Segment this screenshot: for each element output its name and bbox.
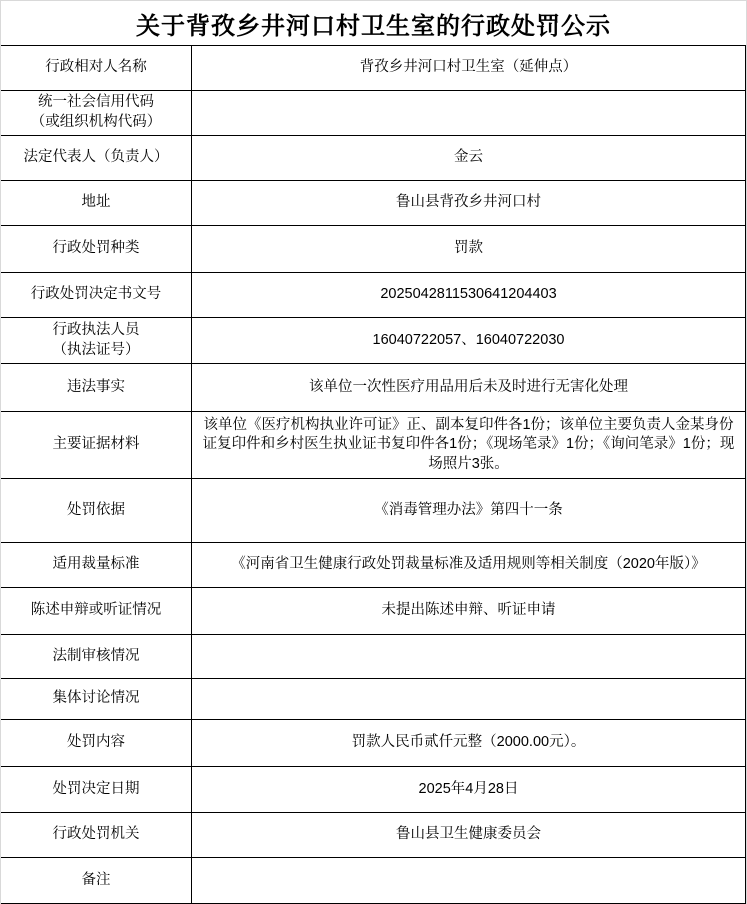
table-row: 行政处罚种类罚款 <box>1 226 746 273</box>
page-title: 关于背孜乡井河口村卫生室的行政处罚公示 <box>1 1 746 45</box>
row-label: 违法事实 <box>1 364 192 412</box>
table-row: 处罚决定日期2025年4月28日 <box>1 767 746 813</box>
table-row: 行政相对人名称背孜乡井河口村卫生室（延伸点） <box>1 46 746 91</box>
table-row: 处罚内容罚款人民币贰仟元整（2000.00元）。 <box>1 720 746 767</box>
row-value: 罚款人民币贰仟元整（2000.00元）。 <box>192 720 746 767</box>
table-row: 统一社会信用代码 （或组织机构代码） <box>1 91 746 136</box>
table-row: 地址鲁山县背孜乡井河口村 <box>1 181 746 226</box>
row-value <box>192 91 746 136</box>
table-row: 行政执法人员 （执法证号）16040722057、16040722030 <box>1 318 746 364</box>
row-value: 未提出陈述申辩、听证申请 <box>192 588 746 635</box>
row-label: 集体讨论情况 <box>1 679 192 720</box>
row-value: 2025042811530641204403 <box>192 273 746 318</box>
row-value: 16040722057、16040722030 <box>192 318 746 364</box>
row-value <box>192 635 746 679</box>
table-row: 适用裁量标准《河南省卫生健康行政处罚裁量标准及适用规则等相关制度（2020年版）… <box>1 543 746 588</box>
row-value: 鲁山县卫生健康委员会 <box>192 813 746 858</box>
penalty-notice-page: 关于背孜乡井河口村卫生室的行政处罚公示 行政相对人名称背孜乡井河口村卫生室（延伸… <box>0 0 747 904</box>
row-label: 行政处罚种类 <box>1 226 192 273</box>
row-value <box>192 679 746 720</box>
table-row: 主要证据材料该单位《医疗机构执业许可证》正、副本复印件各1份；该单位主要负责人金… <box>1 412 746 479</box>
row-value: 该单位一次性医疗用品用后未及时进行无害化处理 <box>192 364 746 412</box>
table-row: 备注 <box>1 858 746 904</box>
table-row: 陈述申辩或听证情况未提出陈述申辩、听证申请 <box>1 588 746 635</box>
table-row: 行政处罚决定书文号2025042811530641204403 <box>1 273 746 318</box>
row-value: 该单位《医疗机构执业许可证》正、副本复印件各1份；该单位主要负责人金某身份证复印… <box>192 412 746 479</box>
row-value: 《河南省卫生健康行政处罚裁量标准及适用规则等相关制度（2020年版）》 <box>192 543 746 588</box>
row-value: 背孜乡井河口村卫生室（延伸点） <box>192 46 746 91</box>
row-label: 备注 <box>1 858 192 904</box>
row-label: 地址 <box>1 181 192 226</box>
row-value: 金云 <box>192 136 746 181</box>
row-value: 罚款 <box>192 226 746 273</box>
table-row: 处罚依据《消毒管理办法》第四十一条 <box>1 479 746 543</box>
row-label: 陈述申辩或听证情况 <box>1 588 192 635</box>
row-label: 处罚依据 <box>1 479 192 543</box>
table-row: 集体讨论情况 <box>1 679 746 720</box>
row-label: 适用裁量标准 <box>1 543 192 588</box>
table-row: 行政处罚机关鲁山县卫生健康委员会 <box>1 813 746 858</box>
row-label: 行政执法人员 （执法证号） <box>1 318 192 364</box>
penalty-table: 行政相对人名称背孜乡井河口村卫生室（延伸点）统一社会信用代码 （或组织机构代码）… <box>0 45 746 904</box>
row-label: 统一社会信用代码 （或组织机构代码） <box>1 91 192 136</box>
penalty-table-body: 行政相对人名称背孜乡井河口村卫生室（延伸点）统一社会信用代码 （或组织机构代码）… <box>1 46 746 904</box>
row-label: 行政处罚机关 <box>1 813 192 858</box>
row-value: 鲁山县背孜乡井河口村 <box>192 181 746 226</box>
row-label: 行政处罚决定书文号 <box>1 273 192 318</box>
table-row: 违法事实该单位一次性医疗用品用后未及时进行无害化处理 <box>1 364 746 412</box>
row-label: 法制审核情况 <box>1 635 192 679</box>
row-value: 2025年4月28日 <box>192 767 746 813</box>
row-label: 法定代表人（负责人） <box>1 136 192 181</box>
row-label: 行政相对人名称 <box>1 46 192 91</box>
row-label: 主要证据材料 <box>1 412 192 479</box>
row-label: 处罚决定日期 <box>1 767 192 813</box>
table-row: 法制审核情况 <box>1 635 746 679</box>
row-value: 《消毒管理办法》第四十一条 <box>192 479 746 543</box>
table-row: 法定代表人（负责人）金云 <box>1 136 746 181</box>
row-value <box>192 858 746 904</box>
row-label: 处罚内容 <box>1 720 192 767</box>
